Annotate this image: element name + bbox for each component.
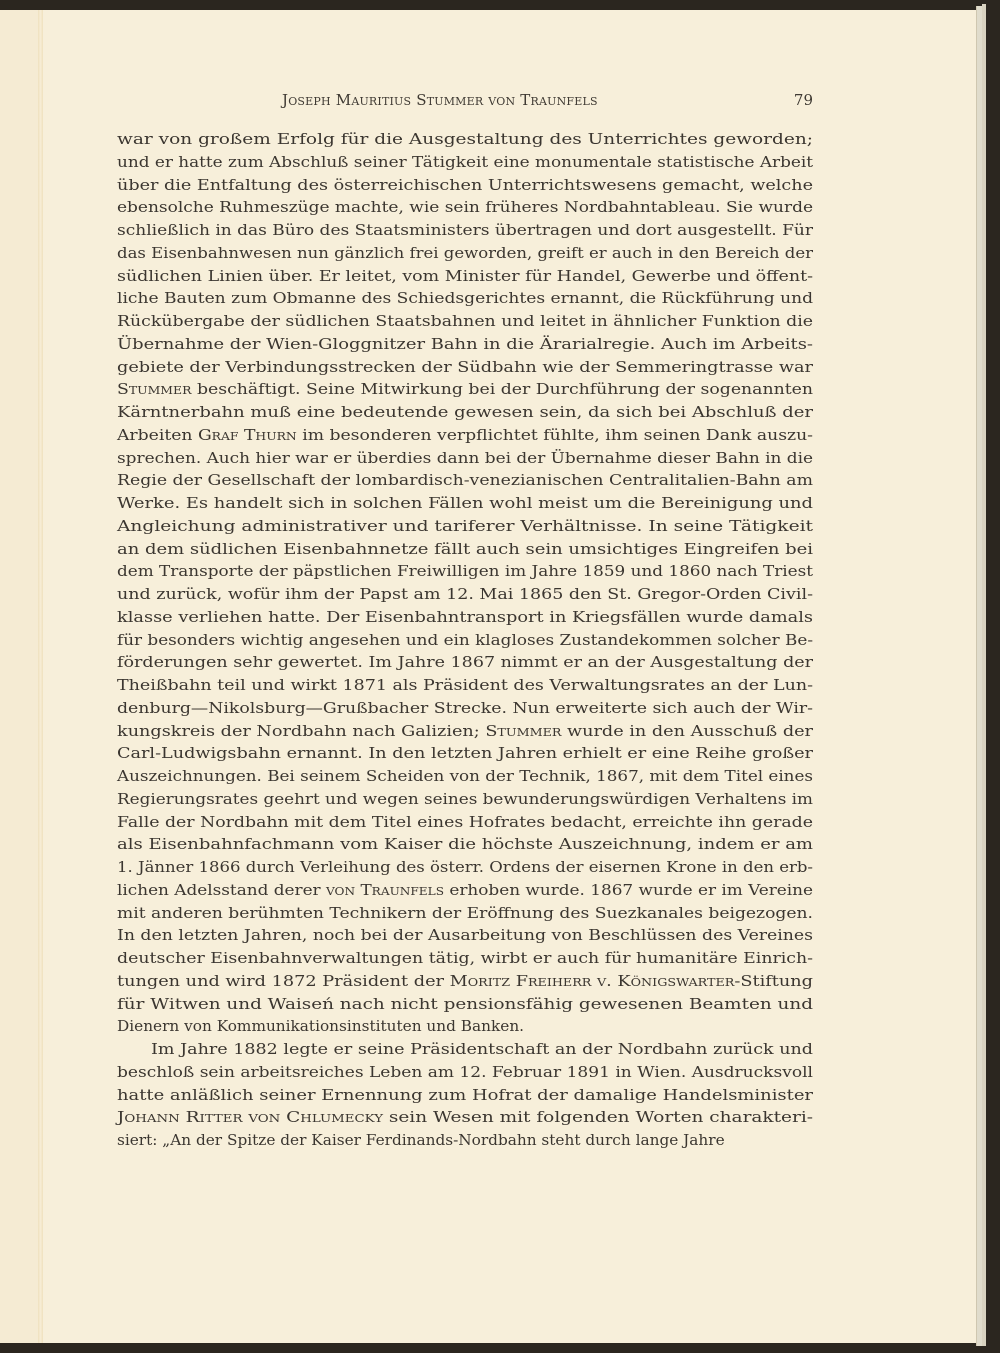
text-run: südlichen Linien über. Er leitet, vom Mi… bbox=[117, 267, 813, 285]
running-header: Joseph Mauritius Stummer von Traunfels 7… bbox=[117, 91, 813, 113]
text-line: deutscher Eisenbahnverwaltungen tätig, w… bbox=[117, 947, 813, 970]
text-run: im besonderen verpflichtet fühlte, ihm s… bbox=[297, 426, 813, 444]
text-line: förderungen sehr gewertet. Im Jahre 1867… bbox=[117, 651, 813, 674]
text-run: Regierungsrates geehrt und wegen seines … bbox=[117, 790, 813, 808]
text-run: deutscher Eisenbahnverwaltungen tätig, w… bbox=[117, 949, 813, 967]
text-run: Rückübergabe der südlichen Staatsbahnen … bbox=[117, 312, 813, 330]
text-line: über die Entfaltung des österreichischen… bbox=[117, 174, 813, 197]
text-line: Im Jahre 1882 legte er seine Präsidentsc… bbox=[117, 1038, 813, 1061]
text-run: an dem südlichen Eisenbahnnetze fällt au… bbox=[117, 540, 813, 558]
text-line: Übernahme der Wien-Gloggnitzer Bahn in d… bbox=[117, 333, 813, 356]
text-line: mit anderen berühmten Technikern der Erö… bbox=[117, 902, 813, 925]
text-run: förderungen sehr gewertet. Im Jahre 1867… bbox=[117, 653, 813, 671]
text-line: Theißbahn teil und wirkt 1871 als Präsid… bbox=[117, 674, 813, 697]
text-line: tungen und wird 1872 Präsident der Morit… bbox=[117, 970, 813, 993]
text-run: dem Transporte der päpstlichen Freiwilli… bbox=[117, 562, 813, 580]
text-line: lichen Adelsstand derer von Traunfels er… bbox=[117, 879, 813, 902]
text-line: sprechen. Auch hier war er überdies dann… bbox=[117, 447, 813, 470]
page-stack-edge-outer bbox=[982, 4, 986, 1346]
text-run: Im Jahre 1882 legte er seine Präsidentsc… bbox=[151, 1040, 813, 1058]
text-run: und er hatte zum Abschluß seiner Tätigke… bbox=[117, 153, 813, 171]
text-line: Auszeichnungen. Bei seinem Scheiden von … bbox=[117, 765, 813, 788]
text-line: Carl-Ludwigsbahn ernannt. In den letzten… bbox=[117, 742, 813, 765]
text-line: Regierungsrates geehrt und wegen seines … bbox=[117, 788, 813, 811]
text-line: Arbeiten Graf Thurn im besonderen verpfl… bbox=[117, 424, 813, 447]
text-run: für Witwen und Waiseń nach nicht pension… bbox=[117, 995, 813, 1013]
text-line: als Eisenbahnfachmann vom Kaiser die höc… bbox=[117, 833, 813, 856]
text-line: beschloß sein arbeitsreiches Leben am 12… bbox=[117, 1061, 813, 1084]
text-line: hatte anläßlich seiner Ernennung zum Hof… bbox=[117, 1084, 813, 1107]
text-run: wurde in den Ausschuß der bbox=[561, 722, 813, 740]
text-run: -Stiftung bbox=[734, 972, 813, 990]
text-line: Werke. Es handelt sich in solchen Fällen… bbox=[117, 492, 813, 515]
page-number: 79 bbox=[794, 91, 813, 109]
text-line: denburg—Nikolsburg—Grußbacher Strecke. N… bbox=[117, 697, 813, 720]
text-run: als Eisenbahnfachmann vom Kaiser die höc… bbox=[117, 835, 813, 853]
text-line: schließlich in das Büro des Staatsminist… bbox=[117, 219, 813, 242]
text-line: Angleichung administrativer und tarifere… bbox=[117, 515, 813, 538]
text-run: Theißbahn teil und wirkt 1871 als Präsid… bbox=[117, 676, 813, 694]
text-run: lichen Adelsstand derer bbox=[117, 881, 326, 899]
text-run: gebiete der Verbindungsstrecken der Südb… bbox=[117, 358, 813, 376]
text-line: ebensolche Ruhmeszüge machte, wie sein f… bbox=[117, 196, 813, 219]
text-line: kungskreis der Nordbahn nach Galizien; S… bbox=[117, 720, 813, 743]
text-run: Auszeichnungen. Bei seinem Scheiden von … bbox=[117, 767, 813, 785]
text-line: liche Bauten zum Obmanne des Schiedsgeri… bbox=[117, 287, 813, 310]
text-run: tungen und wird 1872 Präsident der bbox=[117, 972, 450, 990]
text-line: war von großem Erfolg für die Ausgestalt… bbox=[117, 128, 813, 151]
text-line: Johann Ritter von Chlumecky sein Wesen m… bbox=[117, 1106, 813, 1129]
text-run: mit anderen berühmten Technikern der Erö… bbox=[117, 904, 813, 922]
text-run: über die Entfaltung des österreichischen… bbox=[117, 176, 813, 194]
text-run: erhoben wurde. 1867 wurde er im Vereine bbox=[444, 881, 813, 899]
paragraph: war von großem Erfolg für die Ausgestalt… bbox=[117, 128, 813, 1038]
facing-page-edge bbox=[0, 10, 40, 1343]
text-line: Stummer beschäftigt. Seine Mitwirkung be… bbox=[117, 378, 813, 401]
text-run: war von großem Erfolg für die Ausgestalt… bbox=[117, 130, 813, 148]
text-run: denburg—Nikolsburg—Grußbacher Strecke. N… bbox=[117, 699, 813, 717]
text-run: für besonders wichtig angesehen und ein … bbox=[117, 631, 813, 649]
text-run: kungskreis der Nordbahn nach Galizien; bbox=[117, 722, 485, 740]
text-line: Falle der Nordbahn mit dem Titel eines H… bbox=[117, 811, 813, 834]
text-run: klasse verliehen hatte. Der Eisenbahntra… bbox=[117, 608, 813, 626]
text-line: und zurück, wofür ihm der Papst am 12. M… bbox=[117, 583, 813, 606]
text-run: 1. Jänner 1866 durch Verleihung des öste… bbox=[117, 858, 813, 876]
text-run: In den letzten Jahren, noch bei der Ausa… bbox=[117, 926, 813, 944]
small-caps-name: Moritz Freiherr v. Königswarter bbox=[450, 972, 735, 990]
text-line: Dienern von Kommunikationsinstituten und… bbox=[117, 1015, 813, 1038]
text-line: dem Transporte der päpstlichen Freiwilli… bbox=[117, 560, 813, 583]
text-line: In den letzten Jahren, noch bei der Ausa… bbox=[117, 924, 813, 947]
text-run: Angleichung administrativer und tarifere… bbox=[117, 517, 813, 535]
text-run: beschloß sein arbeitsreiches Leben am 12… bbox=[117, 1063, 813, 1081]
text-line: siert: „An der Spitze der Kaiser Ferdina… bbox=[117, 1129, 813, 1152]
text-line: gebiete der Verbindungsstrecken der Südb… bbox=[117, 356, 813, 379]
text-run: siert: „An der Spitze der Kaiser Ferdina… bbox=[117, 1131, 725, 1149]
paragraph: Im Jahre 1882 legte er seine Präsidentsc… bbox=[117, 1038, 813, 1152]
text-run: Werke. Es handelt sich in solchen Fällen… bbox=[117, 494, 813, 512]
text-line: das Eisenbahnwesen nun gänzlich frei gew… bbox=[117, 242, 813, 265]
text-line: klasse verliehen hatte. Der Eisenbahntra… bbox=[117, 606, 813, 629]
text-line: Rückübergabe der südlichen Staatsbahnen … bbox=[117, 310, 813, 333]
text-run: Dienern von Kommunikationsinstituten und… bbox=[117, 1017, 524, 1035]
small-caps-name: Stummer bbox=[485, 722, 561, 740]
text-run: und zurück, wofür ihm der Papst am 12. M… bbox=[117, 585, 813, 603]
text-run: Arbeiten bbox=[117, 426, 198, 444]
text-run: Carl-Ludwigsbahn ernannt. In den letzten… bbox=[117, 744, 813, 762]
text-run: Kärntnerbahn muß eine bedeutende gewesen… bbox=[117, 403, 813, 421]
small-caps-name: Johann Ritter von Chlumecky bbox=[117, 1108, 383, 1126]
small-caps-name: Graf Thurn bbox=[198, 426, 297, 444]
text-run: Übernahme der Wien-Gloggnitzer Bahn in d… bbox=[117, 335, 813, 353]
text-line: Kärntnerbahn muß eine bedeutende gewesen… bbox=[117, 401, 813, 424]
text-line: südlichen Linien über. Er leitet, vom Mi… bbox=[117, 265, 813, 288]
text-run: das Eisenbahnwesen nun gänzlich frei gew… bbox=[117, 244, 813, 262]
text-run: schließlich in das Büro des Staatsminist… bbox=[117, 221, 813, 239]
text-run: hatte anläßlich seiner Ernennung zum Hof… bbox=[117, 1086, 813, 1104]
text-line: und er hatte zum Abschluß seiner Tätigke… bbox=[117, 151, 813, 174]
text-run: Falle der Nordbahn mit dem Titel eines H… bbox=[117, 813, 813, 831]
body-text: war von großem Erfolg für die Ausgestalt… bbox=[117, 128, 813, 1152]
text-run: sein Wesen mit folgenden Worten charakte… bbox=[383, 1108, 813, 1126]
text-run: Regie der Gesellschaft der lombardisch-v… bbox=[117, 471, 813, 489]
text-run: beschäftigt. Seine Mitwirkung bei der Du… bbox=[191, 380, 813, 398]
text-line: für besonders wichtig angesehen und ein … bbox=[117, 629, 813, 652]
text-line: für Witwen und Waiseń nach nicht pension… bbox=[117, 993, 813, 1016]
running-title: Joseph Mauritius Stummer von Traunfels bbox=[282, 91, 598, 109]
text-line: 1. Jänner 1866 durch Verleihung des öste… bbox=[117, 856, 813, 879]
text-line: Regie der Gesellschaft der lombardisch-v… bbox=[117, 469, 813, 492]
text-line: an dem südlichen Eisenbahnnetze fällt au… bbox=[117, 538, 813, 561]
text-run: ebensolche Ruhmeszüge machte, wie sein f… bbox=[117, 198, 813, 216]
small-caps-name: Stummer bbox=[117, 380, 191, 398]
text-run: sprechen. Auch hier war er überdies dann… bbox=[117, 449, 813, 467]
small-caps-name: von Traunfels bbox=[326, 881, 444, 899]
text-run: liche Bauten zum Obmanne des Schiedsgeri… bbox=[117, 289, 813, 307]
